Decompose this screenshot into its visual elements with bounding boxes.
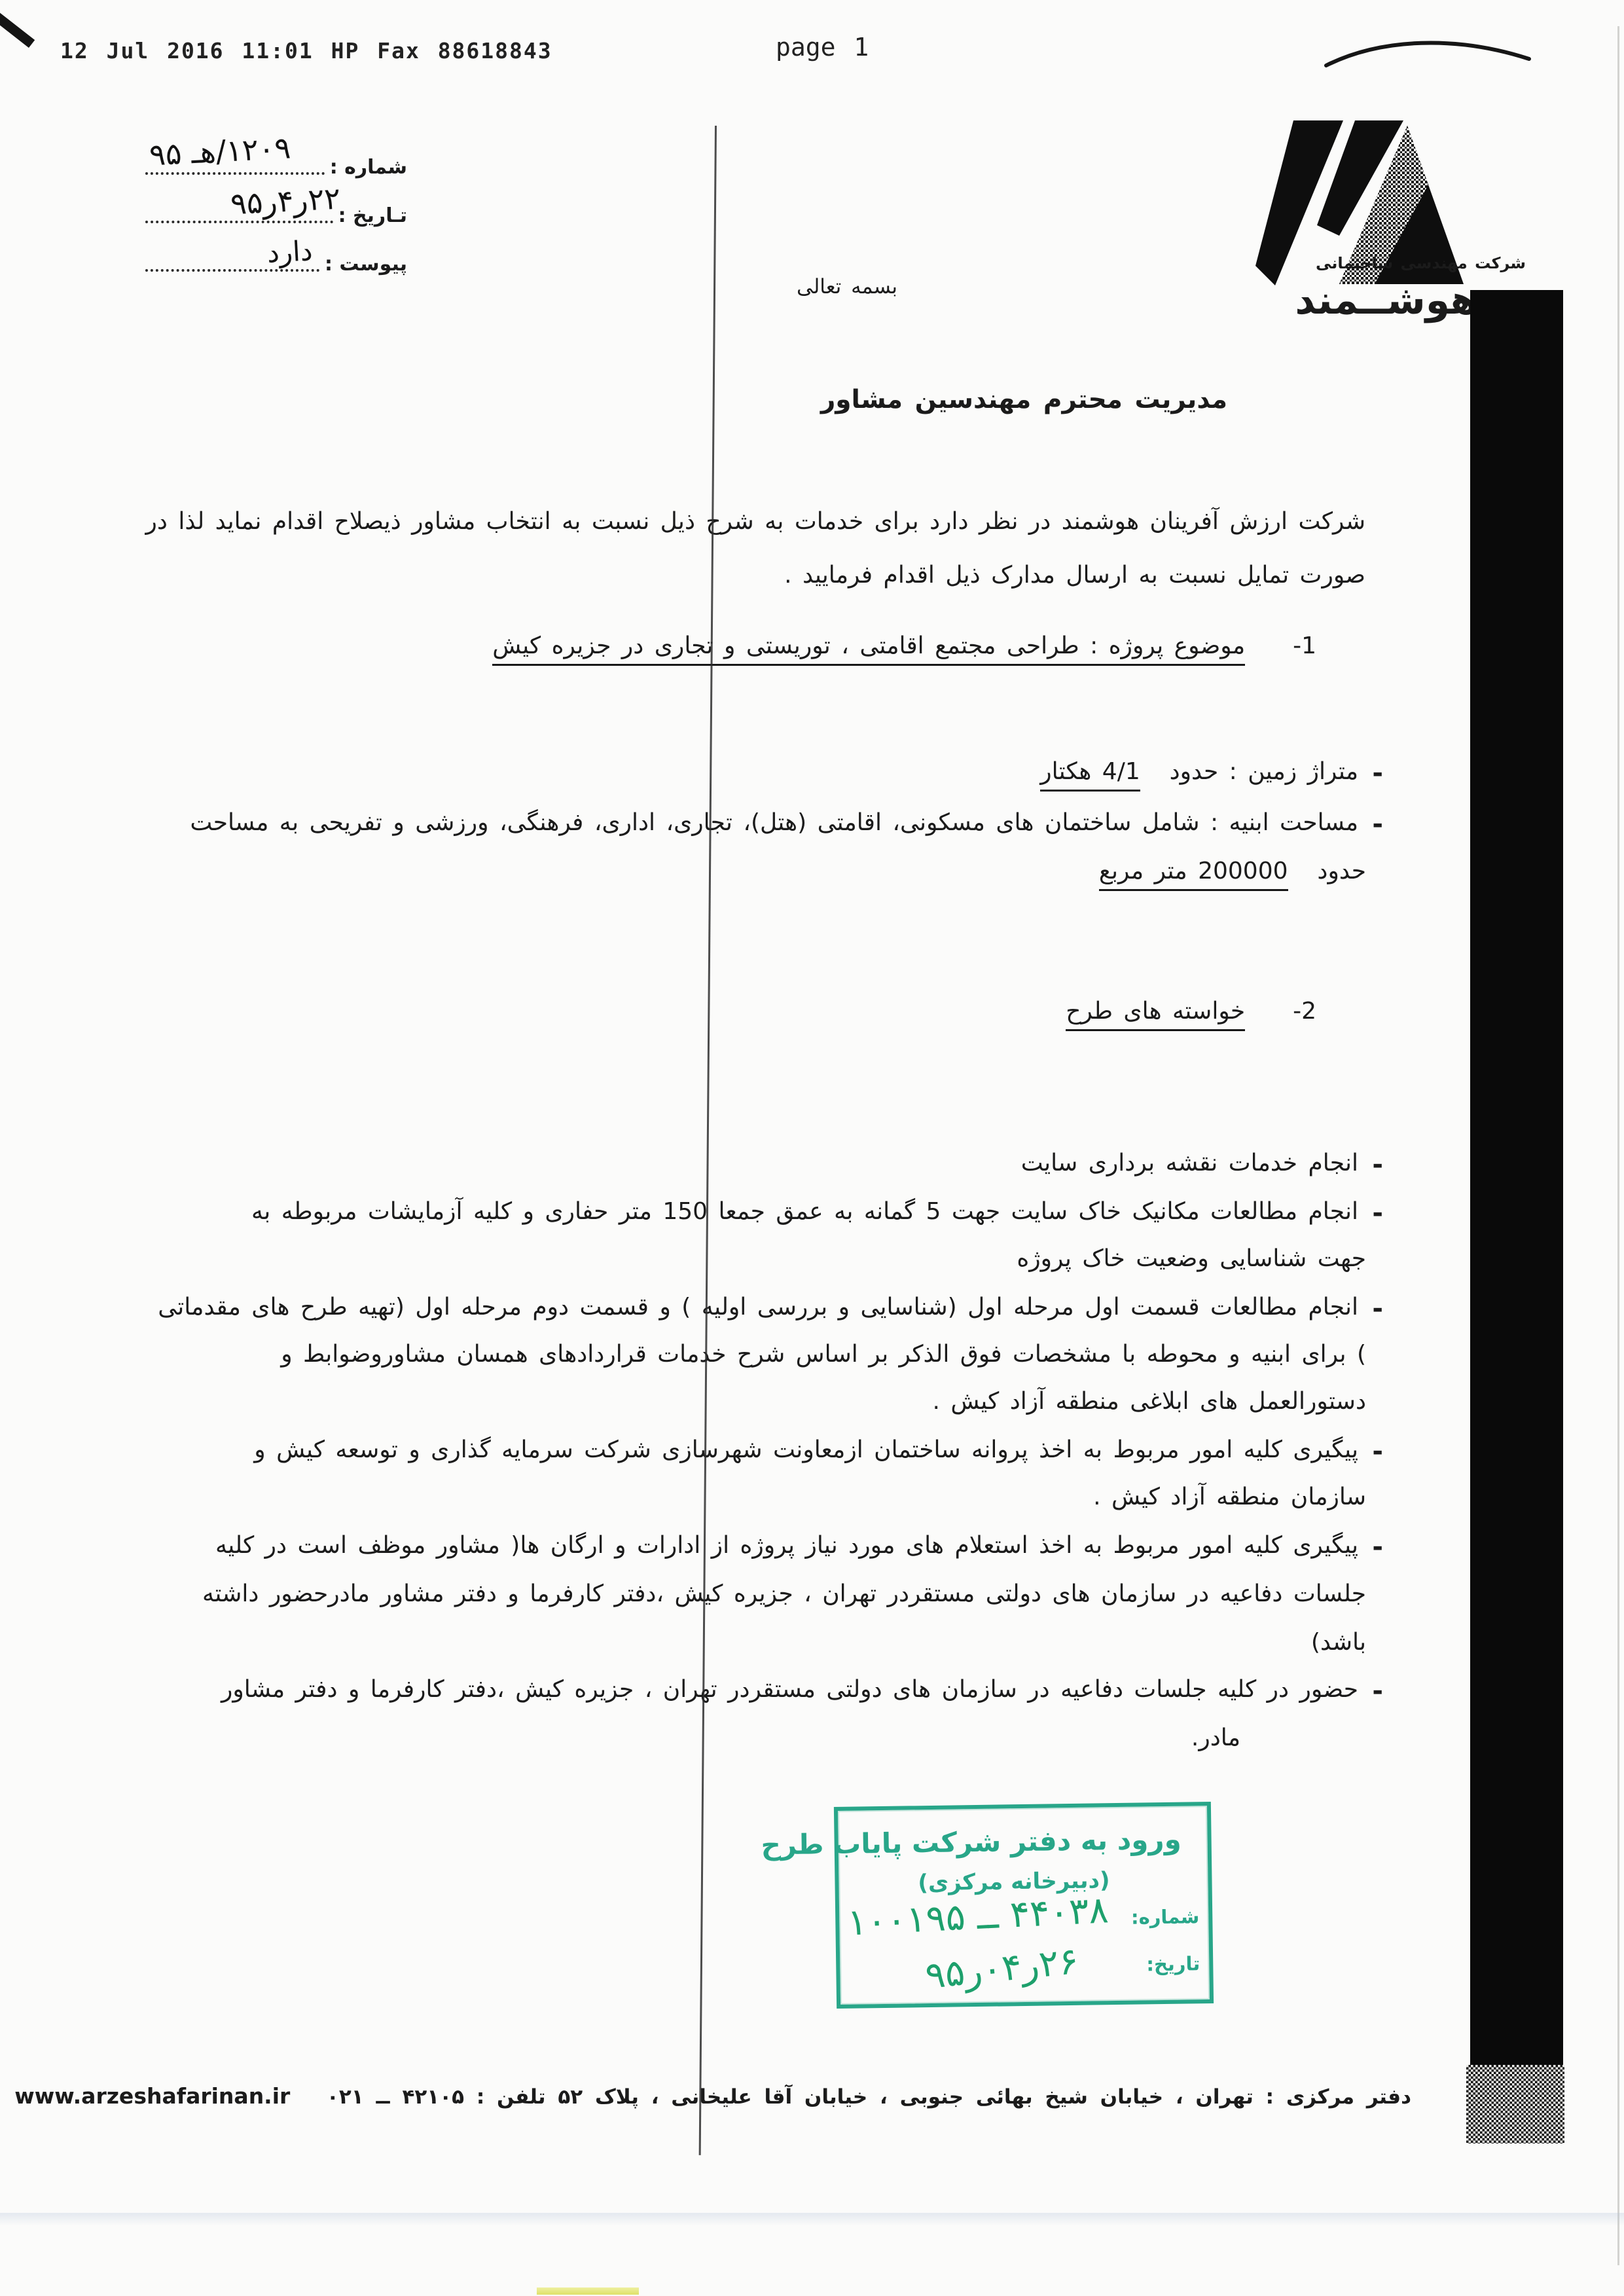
bullet-dash: -: [1372, 1676, 1383, 1706]
footer-website: www.arzeshafarinan.ir: [14, 2083, 290, 2109]
footer: دفتر مرکزی : تهران ، خیابان شیخ بهائی جن…: [14, 2083, 1411, 2109]
stamp-handwritten-date: ۲۶ر۰۴ر۹۵: [924, 1940, 1081, 1997]
corner-scan-artifact: [0, 12, 35, 48]
fax-header-datetime: 12 Jul 2016 11:01 HP Fax 88618843: [60, 38, 552, 64]
intro-line-1: شرکت ارزش آفرینان هوشمند در نظر دارد برا…: [146, 508, 1366, 535]
company-name: هوشــمند: [1295, 278, 1477, 323]
pen-swoosh-artifact: [1322, 30, 1538, 76]
salutation: مدیریت محترم مهندسین مشاور: [821, 385, 1227, 414]
item2-row: 2- خواسته های طرح: [1066, 998, 1316, 1025]
stamp-title: ورود به دفتر شرکت پایاب طرح: [761, 1823, 1182, 1861]
scanner-dither-artifact: [1466, 2065, 1564, 2143]
requirement-line: باشد): [1311, 1629, 1366, 1656]
bullet-dash: -: [1372, 1294, 1383, 1324]
building-area-prefix: حدود: [1317, 858, 1366, 884]
spec-building-area-line2: حدود 200000 متر مربع: [1099, 858, 1366, 884]
requirement-line: دستورالعمل های ابلاغی منطقه آزاد کیش .: [932, 1388, 1366, 1415]
item2-number: 2-: [1293, 998, 1316, 1025]
item1-title: موضوع پروژه : طراحی مجتمع اقامتی ، توریس…: [492, 632, 1245, 666]
basmala: بسمه تعالی: [797, 275, 897, 299]
land-area-text: متراژ زمین : حدود: [1170, 758, 1358, 785]
fax-page-number: page 1: [776, 33, 869, 62]
requirement-line: حضور در کلیه جلسات دفاعیه در سازمان های …: [221, 1676, 1358, 1703]
spec-land-area: متراژ زمین : حدود 4/1 هکتار: [1040, 758, 1358, 785]
requirement-line: انجام مطالعات مکانیک خاک سایت جهت 5 گمان…: [251, 1198, 1358, 1225]
requirement-line: مادر.: [1191, 1724, 1240, 1751]
item1-row: 1- موضوع پروژه : طراحی مجتمع اقامتی ، تو…: [492, 632, 1316, 659]
handwritten-letter-number: ۱۲۰۹/هـ ۹۵: [149, 130, 292, 172]
number-label: شماره :: [330, 156, 407, 179]
requirement-line: جلسات دفاعیه در سازمان های دولتی مستقردر…: [202, 1580, 1366, 1607]
item2-title: خواسته های طرح: [1066, 998, 1245, 1031]
number-dotted-line: [145, 172, 325, 175]
requirement-line: پیگیری کلیه امور مربوط به اخذ پروانه ساخ…: [254, 1436, 1358, 1463]
stamp-number-label: شماره:: [1131, 1905, 1200, 1928]
stamp-date-label: تاریخ:: [1146, 1952, 1200, 1975]
requirement-line: انجام مطالعات قسمت اول مرحله اول (شناسای…: [158, 1294, 1358, 1321]
requirement-line: سازمان منطقه آزاد کیش .: [1093, 1484, 1366, 1510]
intro-line-2: صورت تمایل نسبت به ارسال مدارک ذیل اقدام…: [784, 562, 1365, 589]
requirement-line: ) برای ابنیه و محوطه با مشخصات فوق الذکر…: [281, 1341, 1366, 1368]
date-label: تـاریخ :: [338, 204, 407, 227]
company-tagline: شرکت مهندسی ساختمانی: [1316, 254, 1526, 272]
footer-address-phone: دفتر مرکزی : تهران ، خیابان شیخ بهائی جن…: [327, 2085, 1411, 2109]
entry-stamp: ورود به دفتر شرکت پایاب طرح (دبیرخانه مر…: [834, 1802, 1214, 2009]
requirement-line: جهت شناسایی وضعیت خاک پروژه: [1017, 1245, 1366, 1272]
stamp-handwritten-number: ۴۴۰۳۸ ــ ۱۰۰۱۹۵: [846, 1889, 1110, 1944]
highlighter-mark: [537, 2287, 639, 2295]
page-edge-shadow: [1617, 26, 1619, 2265]
item1-number: 1-: [1293, 632, 1316, 659]
spec-building-area-line1: مساحت ابنیه : شامل ساختمان های مسکونی، ا…: [190, 809, 1358, 836]
attachment-dotted-line: [145, 268, 319, 272]
fold-line-artifact: [699, 126, 717, 2155]
building-area-value: 200000 متر مربع: [1099, 858, 1288, 891]
bullet-dash: -: [1372, 1198, 1383, 1228]
requirement-line: پیگیری کلیه امور مربوط به اخذ استعلام ها…: [215, 1532, 1358, 1559]
bullet-dash: -: [1372, 1436, 1383, 1467]
requirement-line: انجام خدمات نقشه برداری سایت: [1021, 1150, 1358, 1176]
land-area-value: 4/1 هکتار: [1040, 758, 1140, 792]
bottom-scan-noise: [0, 2213, 1624, 2226]
handwritten-letter-date: ۲۲ر۴ر۹۵: [230, 181, 342, 222]
bullet-dash: -: [1372, 1532, 1383, 1562]
scanner-black-bar-artifact: [1470, 290, 1563, 2065]
handwritten-attachment-value: دارد: [266, 234, 314, 269]
scanned-letter-page: 12 Jul 2016 11:01 HP Fax 88618843 page 1…: [0, 0, 1624, 2296]
bullet-dash: -: [1372, 1150, 1383, 1180]
bullet-dash: -: [1372, 758, 1383, 788]
bullet-dash: -: [1372, 809, 1383, 839]
attachment-label: پیوست :: [325, 253, 407, 276]
